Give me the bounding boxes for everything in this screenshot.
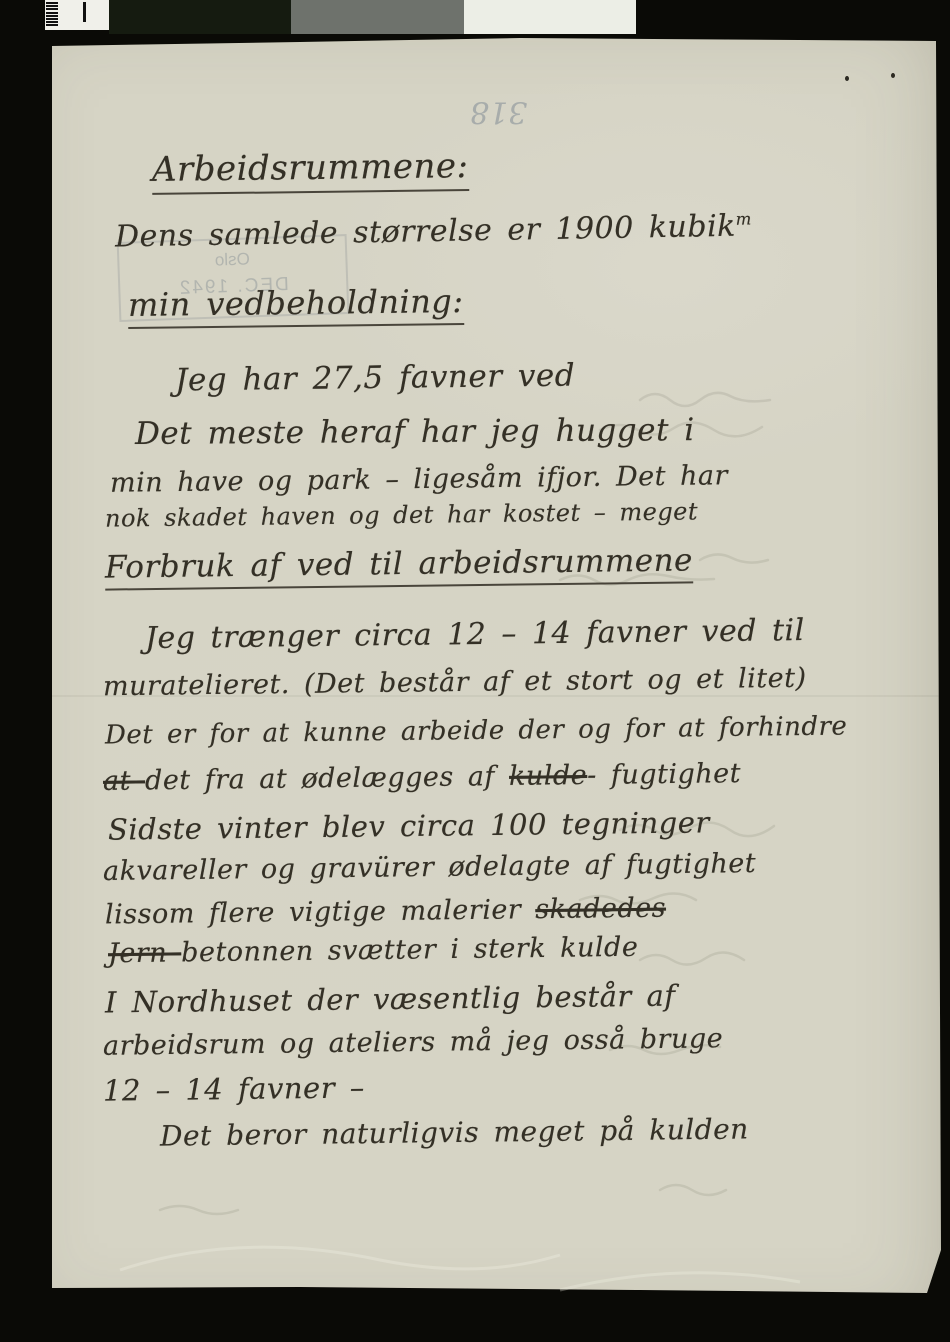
handwritten-line: Jern betonnen svætter i sterk kulde xyxy=(108,932,639,969)
handwritten-line: min have og park – ligesåm ifjor. Det ha… xyxy=(110,460,728,499)
scanned-photo-canvas: Oslo DEC. 1942 318 Arbeidsrummene:Dens s… xyxy=(0,0,950,1342)
handwritten-line: 12 – 14 favner – xyxy=(103,1070,365,1107)
handwritten-line: arbeidsrum og ateliers må jeg osså bruge xyxy=(103,1023,723,1062)
handwritten-line: Det meste heraf har jeg hugget i xyxy=(135,412,695,452)
handwritten-line: Forbruk af ved til arbeidsrummene xyxy=(105,542,693,590)
handwritten-line: Dens samlede størrelse er 1900 kubikm xyxy=(115,208,753,254)
handwritten-line: Arbeidsrummene: xyxy=(152,146,469,195)
handwritten-line: nok skadet haven og det har kostet – meg… xyxy=(105,497,698,532)
handwritten-line: min vedbeholdning: xyxy=(128,282,464,329)
handwritten-line: Det er for at kunne arbeide der og for a… xyxy=(105,711,848,750)
handwritten-line: muratelieret. (Det består af et stort og… xyxy=(103,663,807,703)
handwriting-layer: Arbeidsrummene:Dens samlede størrelse er… xyxy=(0,0,950,1342)
handwritten-line: I Nordhuset der væsentlig består af xyxy=(105,979,676,1020)
handwritten-line: akvareller og gravürer ødelagte af fugti… xyxy=(103,848,756,887)
handwritten-line: Det beror naturligvis meget på kulden xyxy=(160,1112,749,1152)
handwritten-line: Jeg trænger circa 12 – 14 favner ved til xyxy=(145,613,805,656)
handwritten-line: Jeg har 27,5 favner ved xyxy=(175,358,576,399)
handwritten-line: Sidste vinter blev circa 100 tegninger xyxy=(108,805,710,846)
handwritten-line: at det fra at ødelægges af kulde- fugtig… xyxy=(103,758,741,797)
handwritten-line: lissom flere vigtige malerier skadedes xyxy=(105,893,666,931)
